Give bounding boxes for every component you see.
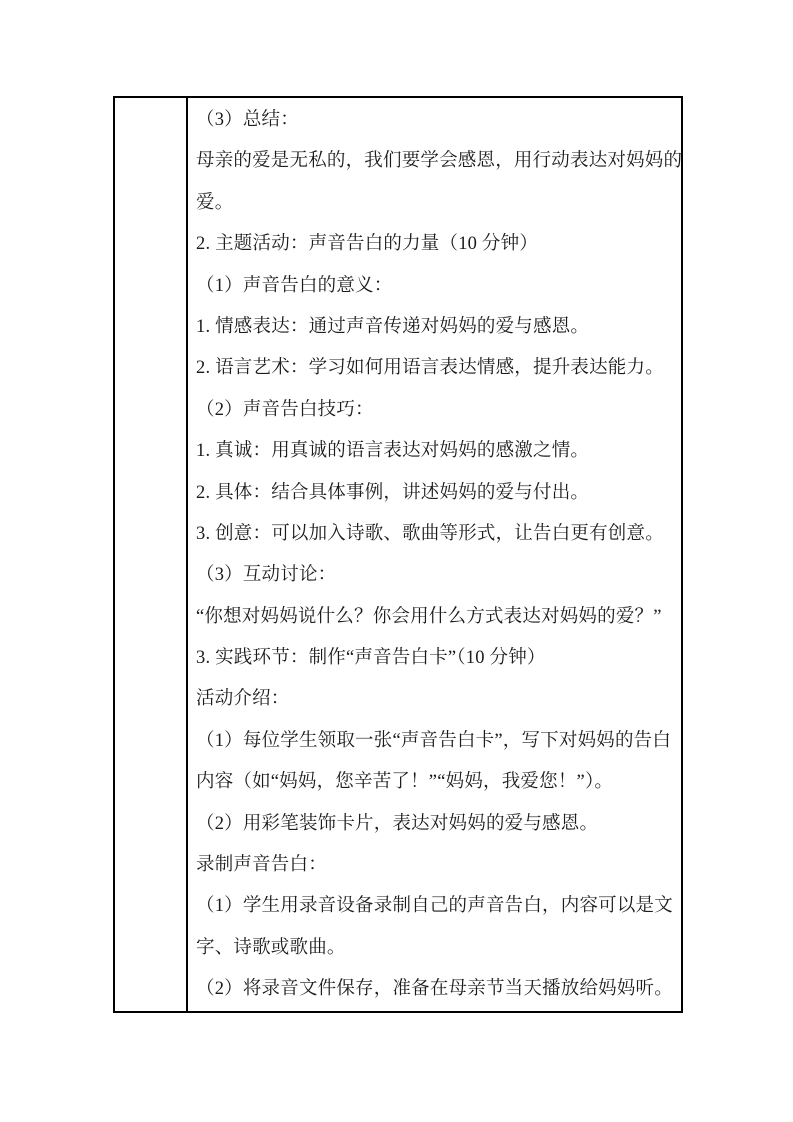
document-page: （3）总结： 母亲的爱是无私的，我们要学会感恩，用行动表达对妈妈的 爱。 2. … [0,0,793,1122]
text-line: （1）每位学生领取一张“声音告白卡”，写下对妈妈的告白 [196,721,675,762]
text-line: （1）学生用录音设备录制自己的声音告白，内容可以是文 [196,886,675,927]
text-line: 录制声音告白： [196,845,675,886]
text-line: 2. 主题活动：声音告白的力量（10 分钟） [196,224,675,265]
text-line: （3）总结： [196,100,675,141]
text-line: 3. 实践环节：制作“声音告白卡”（10 分钟） [196,638,675,679]
text-line: （2）用彩笔装饰卡片，表达对妈妈的爱与感恩。 [196,804,675,845]
text-line: 2. 具体：结合具体事例，讲述妈妈的爱与付出。 [196,473,675,514]
table-left-cell [115,98,188,1011]
text-line: “你想对妈妈说什么？你会用什么方式表达对妈妈的爱？” [196,597,675,638]
lesson-plan-table: （3）总结： 母亲的爱是无私的，我们要学会感恩，用行动表达对妈妈的 爱。 2. … [113,96,683,1013]
text-line: 活动介绍： [196,679,675,720]
text-line: 2. 语言艺术：学习如何用语言表达情感，提升表达能力。 [196,348,675,389]
text-line: 爱。 [196,183,675,224]
text-line: 1. 真诚：用真诚的语言表达对妈妈的感激之情。 [196,431,675,472]
text-line: （2）声音告白技巧： [196,390,675,431]
text-line: 3. 创意：可以加入诗歌、歌曲等形式，让告白更有创意。 [196,514,675,555]
text-line: 内容（如“妈妈，您辛苦了！”“妈妈，我爱您！”）。 [196,762,675,803]
text-line: 母亲的爱是无私的，我们要学会感恩，用行动表达对妈妈的 [196,141,675,182]
text-line: （2）将录音文件保存，准备在母亲节当天播放给妈妈听。 [196,969,675,1010]
text-line: （1）声音告白的意义： [196,266,675,307]
text-line: 字、诗歌或歌曲。 [196,928,675,969]
text-line: （3）互动讨论： [196,555,675,596]
text-line: 1. 情感表达：通过声音传递对妈妈的爱与感恩。 [196,307,675,348]
table-content-cell: （3）总结： 母亲的爱是无私的，我们要学会感恩，用行动表达对妈妈的 爱。 2. … [188,98,681,1011]
